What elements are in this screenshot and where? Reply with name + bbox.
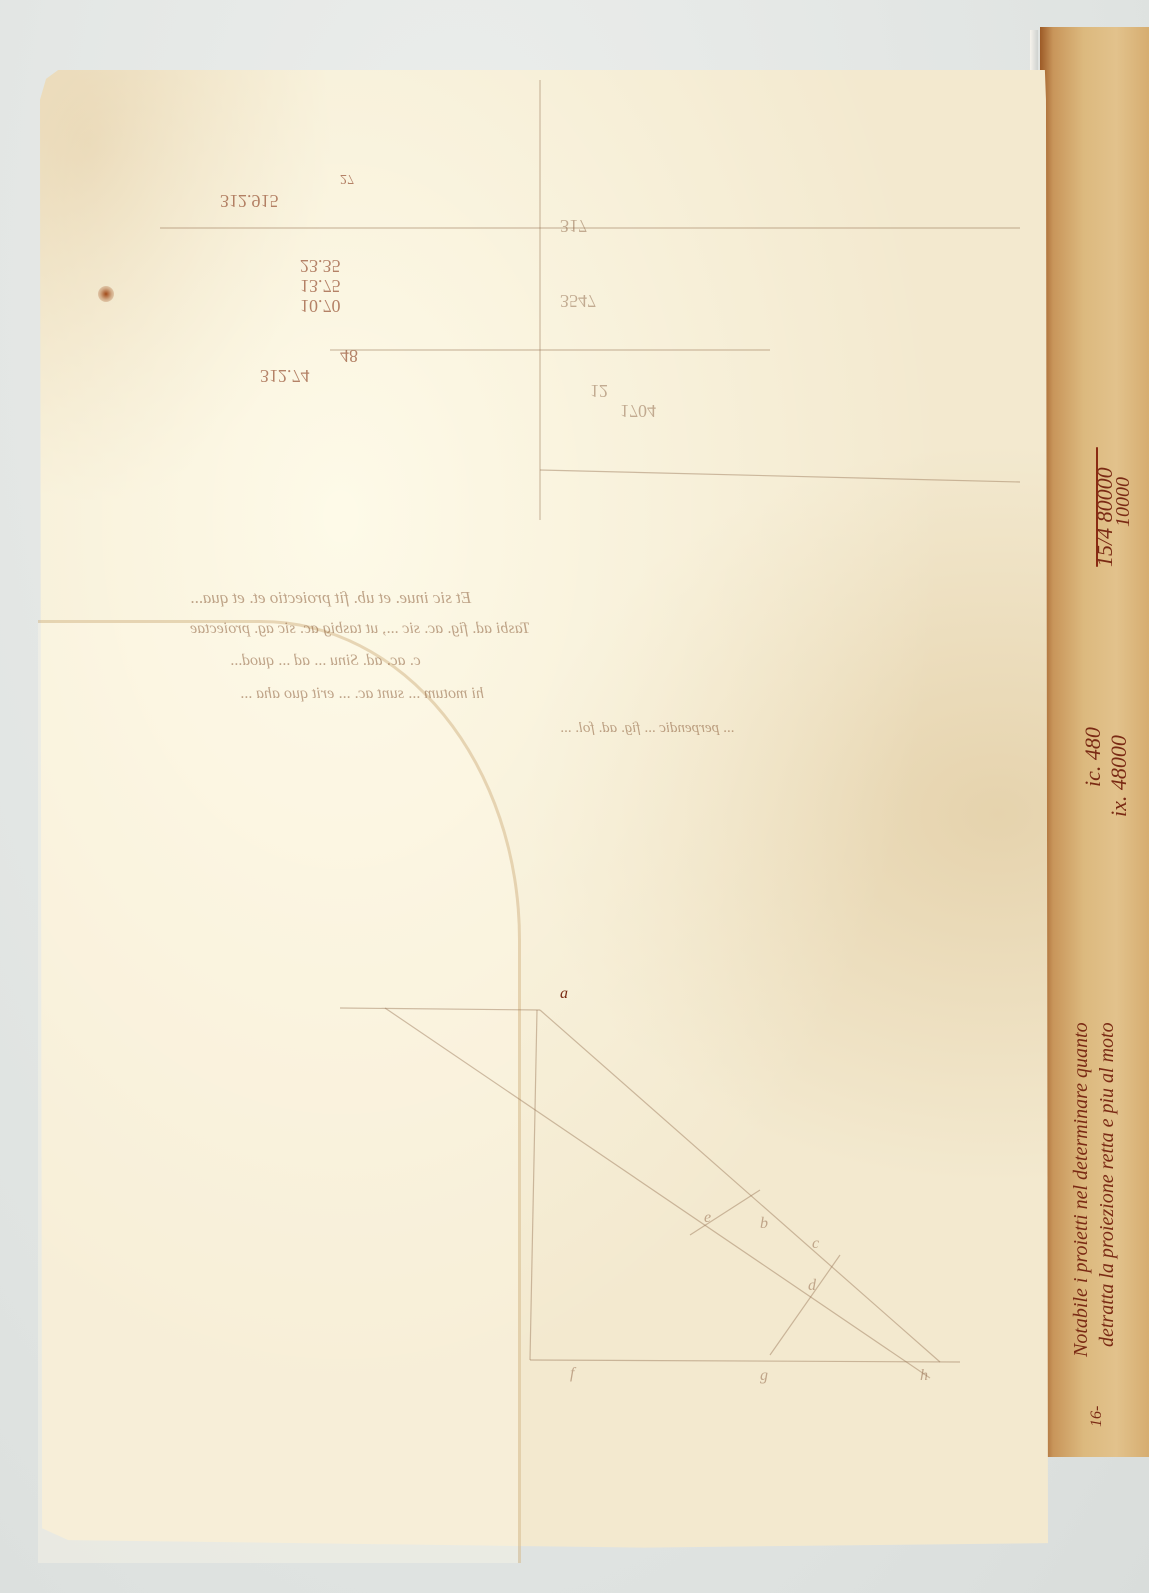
- svg-text:b: b: [760, 1215, 768, 1232]
- svg-text:h: h: [920, 1367, 928, 1384]
- svg-text:d: d: [808, 1277, 817, 1294]
- svg-text:f: f: [570, 1365, 577, 1382]
- geometric-diagram: a b c d e f g h: [0, 0, 1149, 1593]
- svg-text:e: e: [704, 1209, 711, 1226]
- svg-text:g: g: [760, 1367, 768, 1384]
- svg-text:c: c: [812, 1235, 819, 1252]
- svg-text:a: a: [560, 985, 568, 1002]
